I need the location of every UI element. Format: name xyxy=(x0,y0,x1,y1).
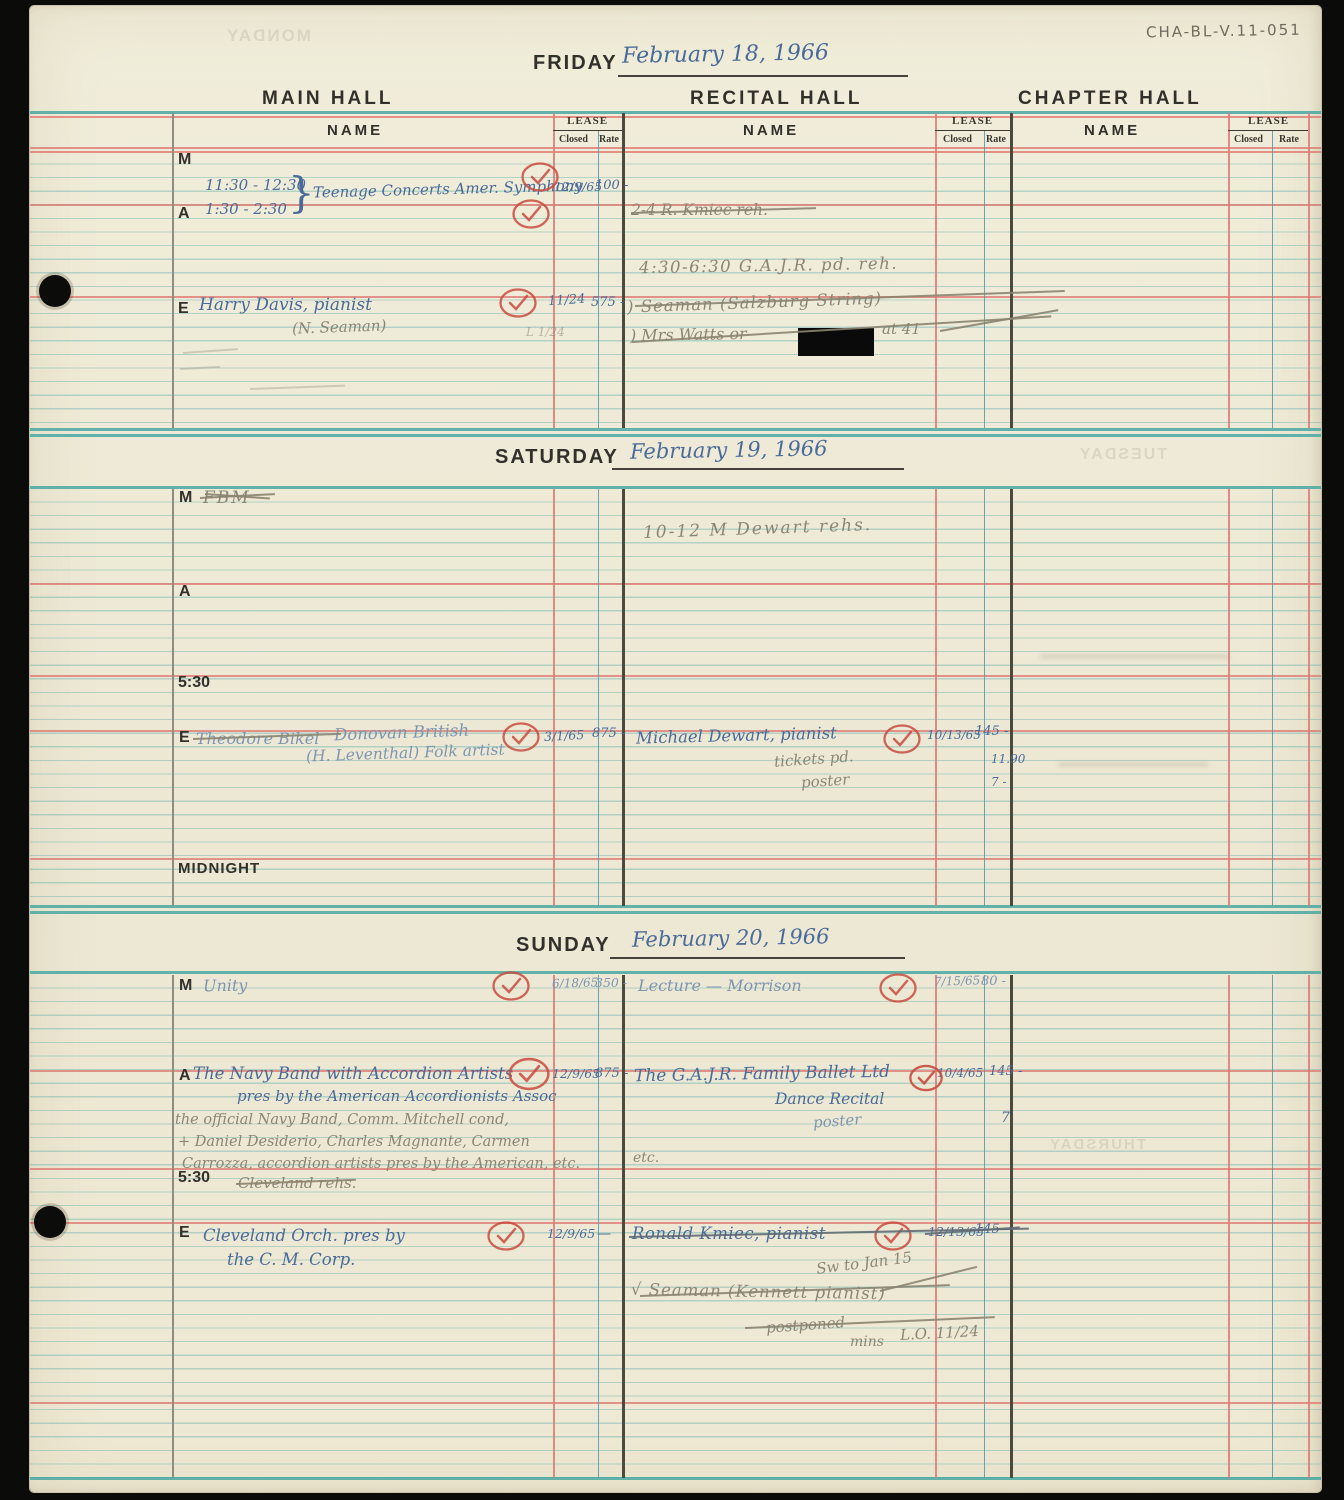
ruled-area-saturday xyxy=(30,489,1321,906)
entry-closed: 12/9/65 xyxy=(552,1066,600,1081)
column-divider xyxy=(622,975,625,1478)
col-name-recital: NAME xyxy=(743,122,799,139)
entry-rate: 575 - xyxy=(591,295,624,310)
row-label-m: M xyxy=(179,489,192,507)
col-closed-chapter: Closed xyxy=(1234,134,1263,145)
row-rule xyxy=(30,675,1321,677)
col-lease-main: LEASE xyxy=(567,115,608,127)
section-rule xyxy=(30,905,1321,908)
entry-note: L 1/24 xyxy=(526,325,565,339)
row-label-e: E xyxy=(179,1224,190,1242)
entry-rate: 11.90 xyxy=(991,752,1025,766)
entry-rate: 80 - xyxy=(981,974,1006,989)
date-underline xyxy=(612,468,904,470)
date-underline xyxy=(618,75,908,77)
punch-hole xyxy=(39,275,71,307)
column-divider xyxy=(553,489,555,906)
bleedthrough-text: TUESDAY xyxy=(1078,446,1167,464)
check-icon xyxy=(879,973,917,1008)
column-divider xyxy=(1272,489,1273,906)
check-icon xyxy=(909,1061,943,1100)
column-divider xyxy=(935,489,937,906)
entry-name: Harry Davis, pianist xyxy=(199,295,372,315)
entry-name: The Navy Band with Accordion Artists xyxy=(193,1064,513,1083)
col-closed-main: Closed xyxy=(559,134,588,145)
entry-name: Unity xyxy=(203,976,248,996)
column-divider xyxy=(1308,975,1310,1478)
punch-hole xyxy=(34,1206,66,1238)
entry-closed: 10/4/65 xyxy=(937,1066,983,1080)
column-divider xyxy=(172,113,174,151)
column-divider xyxy=(1228,151,1230,428)
row-rule xyxy=(30,116,1321,118)
column-divider xyxy=(1272,975,1273,1478)
col-lease-recital: LEASE xyxy=(952,115,993,127)
entry-rate: 7 - xyxy=(991,775,1007,789)
entry-note: poster xyxy=(812,1110,862,1131)
column-divider xyxy=(984,131,985,151)
row-label-a: A xyxy=(179,583,191,601)
entry-closed: 11/24 xyxy=(548,292,586,310)
row-rule xyxy=(30,147,1321,149)
check-icon xyxy=(883,724,921,759)
column-divider xyxy=(1228,489,1230,906)
column-divider xyxy=(1272,131,1273,151)
column-divider xyxy=(984,151,985,428)
column-divider xyxy=(1308,113,1310,151)
row-label-a: A xyxy=(179,1067,191,1085)
hall-title-recital: RECITAL HALL xyxy=(690,88,863,110)
column-divider xyxy=(172,975,174,1478)
entry-closed: 7/15/65 xyxy=(934,973,981,989)
row-rule xyxy=(30,583,1321,585)
archive-code: CHA-BL-V.11-051 xyxy=(1146,21,1302,42)
column-divider xyxy=(984,489,985,906)
bleedthrough-smudge xyxy=(1058,762,1208,767)
row-label-a: A xyxy=(178,205,190,223)
check-icon xyxy=(492,971,530,1006)
entry-note: poster xyxy=(800,770,850,791)
column-divider xyxy=(172,151,174,428)
check-icon xyxy=(487,1221,525,1256)
check-icon xyxy=(499,288,537,323)
entry-name: Cleveland Orch. pres by xyxy=(203,1226,405,1245)
entry-pencil-note: + Daniel Desiderio, Charles Magnante, Ca… xyxy=(178,1134,530,1150)
section-rule xyxy=(30,111,1321,114)
entry-closed: 12/9/65 xyxy=(547,1226,595,1241)
column-divider xyxy=(1010,113,1013,151)
col-rate-main: Rate xyxy=(599,134,619,145)
entry-rate: — xyxy=(597,1226,611,1242)
entry-closed: 3/1/65 xyxy=(544,727,585,744)
entry-rate: 875 - xyxy=(595,1066,628,1081)
bleedthrough-text: MONDAY xyxy=(225,26,311,46)
entry-name2: Dance Recital xyxy=(775,1090,884,1108)
column-divider xyxy=(1272,151,1273,428)
col-rate-recital: Rate xyxy=(986,134,1006,145)
entry-rate: 100 - xyxy=(595,178,628,193)
column-divider xyxy=(622,113,625,151)
day-title-sunday: SUNDAY xyxy=(516,934,611,957)
lease-underline xyxy=(935,130,1010,131)
row-label-m: M xyxy=(178,151,191,169)
column-divider xyxy=(1010,151,1013,428)
section-rule xyxy=(30,434,1321,437)
day-title-saturday: SATURDAY xyxy=(495,446,619,469)
hall-title-chapter: CHAPTER HALL xyxy=(1018,88,1202,110)
scanned-ledger-page: MONDAY TUESDAY THURSDAY CHA-BL-V.11-051 … xyxy=(0,0,1344,1500)
section-rule xyxy=(30,428,1321,431)
bleedthrough-smudge xyxy=(1040,654,1230,659)
col-rate-chapter: Rate xyxy=(1279,134,1299,145)
column-divider xyxy=(1228,113,1230,151)
row-rule xyxy=(30,1402,1321,1404)
col-name-chapter: NAME xyxy=(1084,122,1140,139)
row-label-e: E xyxy=(179,729,190,747)
entry-pencil-note: Carrozza, accordion artists pres by the … xyxy=(182,1156,580,1172)
section-rule xyxy=(30,1477,1321,1480)
row-rule xyxy=(30,151,1321,153)
day-title-friday: FRIDAY xyxy=(533,52,618,75)
column-divider xyxy=(935,113,937,151)
entry-time: 1:30 - 2:30 xyxy=(205,200,287,218)
column-divider xyxy=(935,151,937,428)
entry-agent: (N. Seaman) xyxy=(292,316,387,337)
bleedthrough-text: THURSDAY xyxy=(1048,1136,1146,1153)
row-label-530: 5:30 xyxy=(178,674,210,692)
check-icon xyxy=(874,1221,912,1256)
column-divider xyxy=(1308,151,1310,428)
entry-name: Lecture — Morrison xyxy=(638,976,802,995)
column-divider xyxy=(172,489,174,906)
col-closed-recital: Closed xyxy=(943,134,972,145)
date-sunday: February 20, 1966 xyxy=(632,924,830,951)
entry-rate: 145 - xyxy=(975,724,1008,739)
date-saturday: February 19, 1966 xyxy=(630,436,828,463)
section-rule xyxy=(30,971,1321,974)
lease-underline xyxy=(1228,130,1308,131)
date-friday: February 18, 1966 xyxy=(622,40,829,69)
column-divider xyxy=(1010,489,1013,906)
column-divider xyxy=(622,489,625,906)
entry-rate: 875 - xyxy=(592,726,625,741)
entry-closed: 6/18/65 xyxy=(552,975,599,991)
section-rule xyxy=(30,911,1321,914)
entry-note: etc. xyxy=(633,1150,659,1166)
entry-rate: 350 - xyxy=(595,975,627,990)
column-divider xyxy=(553,113,555,151)
column-divider xyxy=(598,489,599,906)
check-icon xyxy=(521,162,559,197)
row-label-m: M xyxy=(179,977,192,995)
check-icon xyxy=(512,199,550,234)
entry-rate: 145 - xyxy=(989,1064,1022,1079)
row-label-e: E xyxy=(178,300,189,318)
entry-closed: 10/13/65 xyxy=(927,728,981,742)
entry-rate: 7 xyxy=(1001,1110,1010,1126)
entry-pencil-note: the official Navy Band, Comm. Mitchell c… xyxy=(175,1112,509,1128)
col-name-main: NAME xyxy=(327,122,383,139)
redaction-box xyxy=(798,328,874,356)
brace: } xyxy=(288,168,315,217)
check-icon xyxy=(502,722,540,757)
entry-note: mins xyxy=(850,1334,884,1350)
column-divider xyxy=(1308,489,1310,906)
entry-name2: the C. M. Corp. xyxy=(227,1250,355,1269)
column-divider xyxy=(1228,975,1230,1478)
row-label-midnight: MIDNIGHT xyxy=(178,860,260,877)
check-icon xyxy=(508,1057,550,1096)
date-underline xyxy=(610,957,905,959)
hall-title-main: MAIN HALL xyxy=(262,88,393,110)
col-lease-chapter: LEASE xyxy=(1248,115,1289,127)
lease-underline xyxy=(553,130,622,131)
